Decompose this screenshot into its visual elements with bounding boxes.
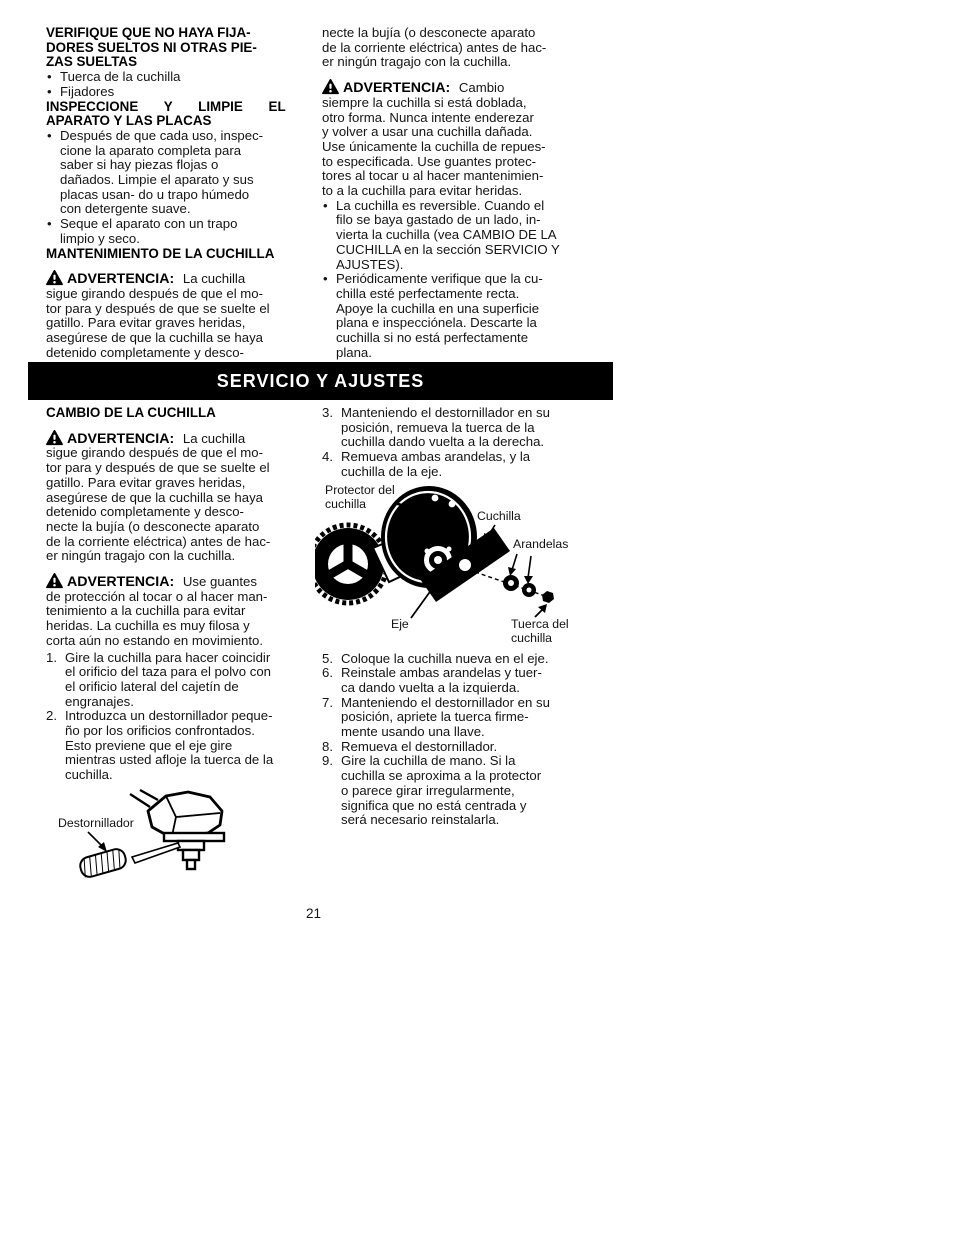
step-text: Manteniendo el destornillador en su posi… [341,695,550,739]
bullet-marker: • [47,217,52,232]
warning-paragraph: ADVERTENCIA: Use guantes de protección a… [46,573,312,649]
numbered-step: 1. Gire la cuchilla para hacer coincidir… [46,651,312,710]
page-number: 21 [306,906,321,921]
list-item: • La cuchilla es reversible. Cuando el f… [322,199,602,273]
step-number: 2. [46,709,57,724]
list-item: • Periódicamente verifique que la cu- ch… [322,272,602,360]
step-number: 1. [46,651,57,666]
figure1-label-screwdriver: Destornillador [58,816,134,830]
warning-triangle-icon [46,574,67,589]
warning-triangle-icon [46,271,67,286]
heading-inspect-line1: INSPECCIONE Y LIMPIE EL [46,100,312,115]
step-number: 8. [322,740,333,755]
warning-triangle-icon [322,80,343,95]
heading-fasteners: VERIFIQUE QUE NO HAYA FIJA- DORES SUELTO… [46,26,312,70]
figure2-label-guard-line2: cuchilla [325,497,366,511]
step-number: 3. [322,406,333,421]
step-number: 6. [322,666,333,681]
arrowhead [524,576,533,584]
step-text: Manteniendo el destornillador en su posi… [341,405,550,449]
warning-label: ADVERTENCIA: [67,271,174,287]
warning-label: ADVERTENCIA: [343,80,450,96]
warning-paragraph: ADVERTENCIA: La cuchilla sigue girando d… [46,270,312,360]
screwdriver-handle-shape [78,847,128,879]
arrowhead [508,567,516,576]
list-item: • Fijadores [46,85,312,100]
step-number: 7. [322,696,333,711]
step-text: Reinstale ambas arandelas y tuer- ca dan… [341,665,542,695]
list-item-text: Fijadores [60,84,114,99]
figure-screwdriver-illustration: Destornillador [52,787,320,887]
column-top-left: VERIFIQUE QUE NO HAYA FIJA- DORES SUELTO… [46,26,312,360]
step-text: Coloque la cuchilla nueva en el eje. [341,651,548,666]
figure2-label-guard-line1: Protector del [325,483,395,497]
warning-text: La cuchilla sigue girando después de que… [46,431,270,564]
step-number: 4. [322,450,333,465]
list-item: • Seque el aparato con un trapo limpio y… [46,217,312,246]
figure2-label-nut-line1: Tuerca del [511,617,569,631]
column-bottom-right: 3. Manteniendo el destornillador en su p… [322,406,606,828]
numbered-step: 3. Manteniendo el destornillador en su p… [322,406,606,450]
warning-paragraph: ADVERTENCIA: Cambio siempre la cuchilla … [322,79,602,199]
nut-shape [542,591,554,603]
step-text: Introduzca un destornillador peque- ño p… [65,708,273,782]
bullet-marker: • [47,85,52,100]
list-item: • Después de que cada uso, inspec- cione… [46,129,312,217]
figure2-label-shaft: Eje [391,617,409,631]
bullet-marker: • [323,272,328,287]
section-banner-title: SERVICIO Y AJUSTES [28,362,613,400]
list-item-text: Después de que cada uso, inspec- cione l… [60,128,263,217]
numbered-step: 5. Coloque la cuchilla nueva en el eje. [322,652,606,667]
list-item-text: Seque el aparato con un trapo limpio y s… [60,216,237,246]
numbered-step: 2. Introduzca un destornillador peque- ñ… [46,709,312,783]
list-item-text: La cuchilla es reversible. Cuando el fil… [336,198,560,272]
list-item-text: Tuerca de la cuchilla [60,69,180,84]
numbered-step: 9. Gire la cuchilla de mano. Si la cuchi… [322,754,606,828]
numbered-step: 8. Remueva el destornillador. [322,740,606,755]
bullet-marker: • [323,199,328,214]
warning-label: ADVERTENCIA: [67,431,174,447]
heading-blade-change: CAMBIO DE LA CUCHILLA [46,406,312,421]
manual-page: VERIFIQUE QUE NO HAYA FIJA- DORES SUELTO… [0,0,954,1240]
screwdriver-blade-shape [132,843,180,863]
numbered-step: 6. Reinstale ambas arandelas y tuer- ca … [322,666,606,695]
bullet-marker: • [47,70,52,85]
step-text: Gire la cuchilla para hacer coincidir el… [65,650,271,709]
step-number: 9. [322,754,333,769]
column-top-right: necte la bujía (o desconecte aparato de … [322,26,602,360]
warning-text: Cambio siempre la cuchilla si está dobla… [322,80,546,198]
bullet-marker: • [47,129,52,144]
heading-blade-maintenance: MANTENIMIENTO DE LA CUCHILLA [46,247,312,262]
list-item: • Tuerca de la cuchilla [46,70,312,85]
figure-blade-assembly-illustration: Protector del cuchilla Cuchilla Arandela… [315,480,607,650]
section-banner: SERVICIO Y AJUSTES [28,362,613,400]
column-bottom-left: CAMBIO DE LA CUCHILLA ADVERTENCIA: La cu… [46,406,312,887]
heading-inspect-line2: APARATO Y LAS PLACAS [46,114,312,129]
warning-triangle-icon [46,431,67,446]
step-text: Remueva ambas arandelas, y la cuchilla d… [341,449,530,479]
step-text: Remueva el destornillador. [341,739,497,754]
warning-paragraph: ADVERTENCIA: La cuchilla sigue girando d… [46,430,312,564]
warning-label: ADVERTENCIA: [67,574,174,590]
figure2-label-nut-line2: cuchilla [511,631,552,645]
step-text: Gire la cuchilla de mano. Si la cuchilla… [341,753,541,827]
figure2-label-washers: Arandelas [513,537,568,551]
numbered-step: 4. Remueva ambas arandelas, y la cuchill… [322,450,606,479]
list-item-text: Periódicamente verifique que la cu- chil… [336,271,543,360]
numbered-step: 7. Manteniendo el destornillador en su p… [322,696,606,740]
figure2-label-blade: Cuchilla [477,509,521,523]
continuation-paragraph: necte la bujía (o desconecte aparato de … [322,26,602,70]
step-number: 5. [322,652,333,667]
